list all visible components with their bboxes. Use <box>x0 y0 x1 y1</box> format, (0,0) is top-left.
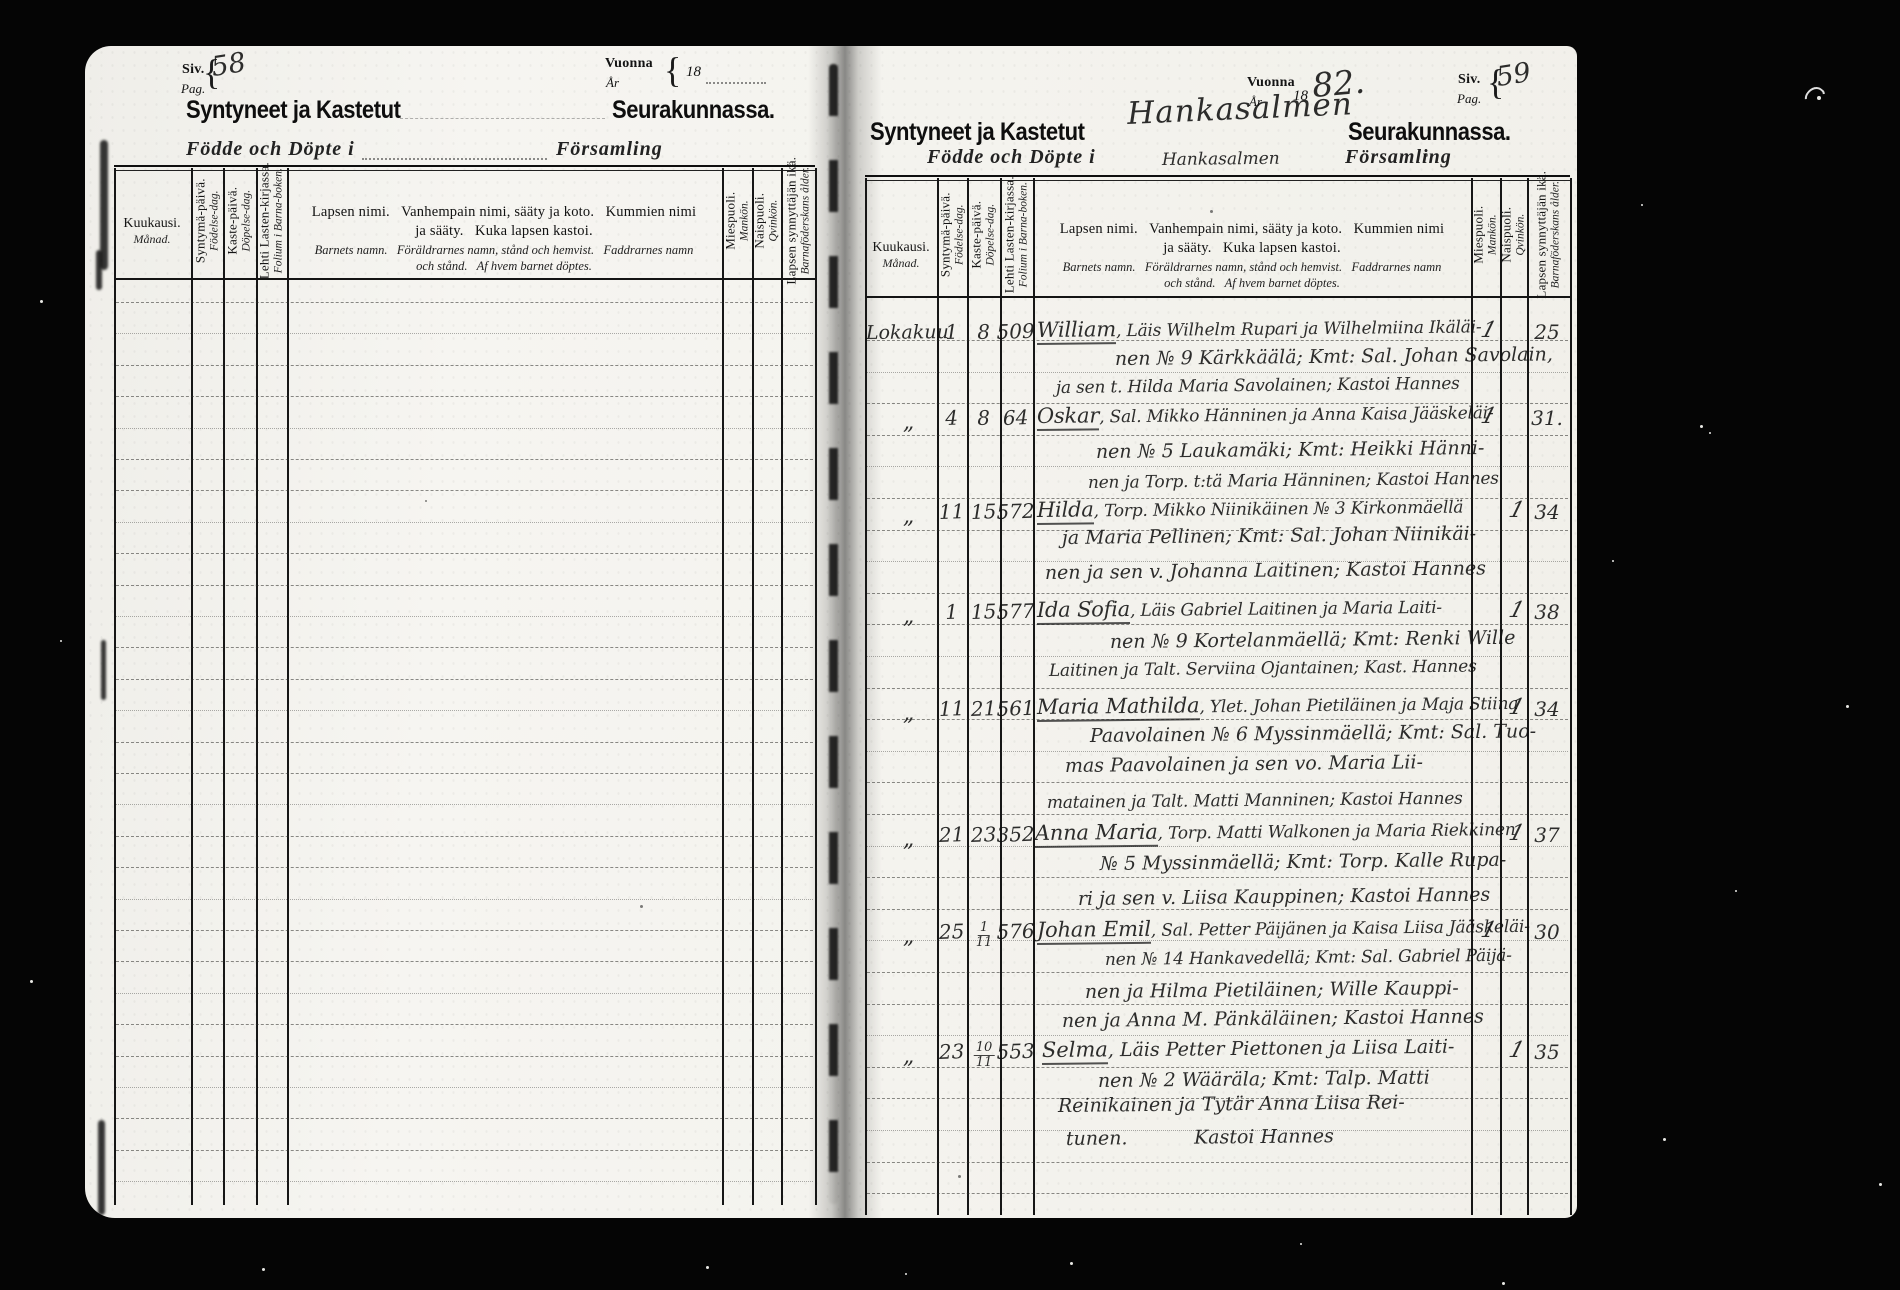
left-row-rule <box>116 804 813 805</box>
entry-5-folio: 561 <box>996 696 1035 721</box>
left-year-dotted-line <box>706 82 766 84</box>
entry-5-birth-day: 11 <box>938 696 964 721</box>
entry-2-baptism-day: 8 <box>977 406 991 430</box>
entry-1-baptism-day: 8 <box>977 320 991 344</box>
left-year-label-ar: År <box>606 75 619 91</box>
left-row-rule <box>116 836 813 837</box>
left-row-rule <box>116 553 813 554</box>
entry-1-birth-day: 1 <box>945 320 959 344</box>
entry-6-line-3: ri ja sen v. Liisa Kauppinen; Kastoi Han… <box>1078 884 1491 910</box>
right-main-header-fi1: Lapsen nimi. Vanhempain nimi, sääty ja k… <box>1060 221 1444 238</box>
entry-6-baptism-day: 23 <box>970 822 996 847</box>
left-row-rule <box>116 302 813 303</box>
entry-7-folio: 576 <box>996 919 1035 944</box>
left-col-folio-sv: Folium i Barna-boken. <box>272 126 285 316</box>
left-column-line <box>722 168 724 1205</box>
left-col-male-sv: Mankön. <box>738 126 751 316</box>
right-col-baptism: Kaste-päivä. Döpelse-dag. <box>969 140 996 330</box>
left-row-rule <box>116 365 813 366</box>
left-year-label-vuonna: Vuonna <box>605 56 653 72</box>
right-col-male: Miespuoli. Mankön. <box>1471 140 1498 330</box>
right-col-birthday-fi: Syntymä-päivä. <box>938 140 953 330</box>
scan-speck <box>1846 705 1849 708</box>
right-col-male-sv: Mankön. <box>1486 140 1499 330</box>
entry-2-month: „ <box>903 410 915 435</box>
scan-speck <box>1641 204 1643 206</box>
entry-3-month: „ <box>903 504 915 529</box>
right-row-rule <box>867 435 1568 436</box>
scan-speck <box>262 1268 265 1271</box>
left-col-female-sv: Qvinkön. <box>767 126 780 316</box>
page-edge-smudge <box>101 640 106 700</box>
page-edge-smudge <box>98 1120 105 1215</box>
entry-6-line-2: № 5 Myssinmäellä; Kmt: Torp. Kalle Rupa- <box>1100 849 1507 875</box>
entry-2-line-1: Oskar, Sal. Mikko Hänninen ja Anna Kaisa… <box>1037 399 1494 428</box>
left-main-header-fi1: Lapsen nimi. Vanhempain nimi, sääty ja k… <box>312 204 696 221</box>
entry-1-line-3: ja sen t. Hilda Maria Savolainen; Kastoi… <box>1056 374 1460 398</box>
left-row-rule <box>116 585 813 586</box>
left-col-male: Miespuoli. Mankön. <box>723 126 750 316</box>
entry-8-line-3: Reinikainen ja Tytär Anna Liisa Rei- <box>1058 1091 1405 1117</box>
right-col-folio: Lehti Lasten-kirjassa. Folium i Barna-bo… <box>1002 140 1029 330</box>
entry-8-month: „ <box>903 1044 915 1069</box>
left-title-syntyneet: Syntyneet ja Kastetut <box>186 96 401 125</box>
left-column-line <box>114 168 116 1205</box>
entry-3-folio: 572 <box>996 499 1035 524</box>
right-col-baptism-fi: Kaste-päivä. <box>969 140 984 330</box>
right-col-folio-sv: Folium i Barna-boken. <box>1017 140 1030 330</box>
left-row-rule <box>116 773 813 774</box>
scan-speck <box>60 640 62 642</box>
left-row-rule <box>116 899 813 900</box>
entry-7-line-4: nen ja Anna M. Pänkäläinen; Kastoi Hanne… <box>1062 1006 1484 1032</box>
right-col-mother-age: Lapsen synnyttäjän ikä. Barnaföderskans … <box>1534 140 1561 330</box>
left-col-month: Kuukausi. Månad. <box>123 216 180 247</box>
entry-7-month: „ <box>903 924 915 949</box>
entry-8-line-4: tunen. Kastoi Hannes <box>1066 1125 1334 1150</box>
left-page-number-handwritten: 58 <box>209 47 248 83</box>
right-page-label-pag: Pag. <box>1457 91 1481 107</box>
entry-3-baptism-day: 15 <box>970 499 996 524</box>
paper-speck <box>1090 600 1093 603</box>
scan-speck <box>1700 425 1703 428</box>
right-page-label-siv: Siv. <box>1458 72 1481 88</box>
right-row-rule <box>867 909 1568 910</box>
right-column-line <box>1570 178 1572 1215</box>
right-row-rule <box>867 972 1568 973</box>
entry-5-line-3: mas Paavolainen ja sen vo. Maria Lii- <box>1065 751 1423 777</box>
left-row-rule <box>116 867 813 868</box>
right-row-rule <box>867 624 1568 625</box>
entry-4-baptism-day: 15 <box>970 599 996 624</box>
left-col-male-fi: Miespuoli. <box>723 126 738 316</box>
scan-speck <box>1663 1138 1666 1141</box>
left-row-rule <box>116 1150 813 1151</box>
left-row-rule <box>116 1056 813 1057</box>
entry-1-line-1: William, Läis Wilhelm Rupari ja Wilhelmi… <box>1037 313 1482 342</box>
right-column-line <box>967 178 969 1215</box>
scan-speck <box>905 1273 907 1275</box>
right-row-rule <box>867 1067 1568 1068</box>
right-header-bottom-line <box>865 296 1570 298</box>
left-col-month-sv: Månad. <box>123 232 180 247</box>
left-subtitle-forsamling: Församling <box>556 138 663 161</box>
entry-5-mother-age: 34 <box>1534 697 1559 721</box>
left-col-birthday-sv: Födelse-dag. <box>208 126 221 316</box>
entry-7-baptism-day: 111 <box>976 916 993 949</box>
left-main-header-sv2: och stånd. Af hvem barnet döptes. <box>416 259 592 274</box>
left-row-rule <box>116 993 813 994</box>
entry-2-line-2: nen № 5 Laukamäki; Kmt: Heikki Hänni- <box>1096 437 1485 463</box>
left-row-rule <box>116 616 813 617</box>
left-subtitle-dotted-line <box>362 158 547 160</box>
right-row-rule <box>867 466 1568 467</box>
left-row-rule <box>116 459 813 460</box>
scanned-register-page: Siv. Pag. { 58 Vuonna År { 18 Syntyneet … <box>0 0 1900 1290</box>
entry-8-baptism-day: 1011 <box>974 1036 995 1069</box>
left-row-rule <box>116 742 813 743</box>
right-col-folio-fi: Lehti Lasten-kirjassa. <box>1002 140 1017 330</box>
left-title-seurakunnassa: Seurakunnassa. <box>612 96 775 125</box>
entry-6-folio: 352 <box>996 822 1035 847</box>
left-year-brace: { <box>664 52 681 88</box>
scan-scratch <box>1801 83 1827 110</box>
left-col-mother-age-fi: Lapsen synnyttäjän ikä. <box>784 126 799 316</box>
entry-6-month: „ <box>903 827 915 852</box>
left-col-female: Naispuoli. Qvinkön. <box>752 126 779 316</box>
entry-2-birth-day: 4 <box>945 406 959 430</box>
left-row-rule <box>116 961 813 962</box>
left-row-rule <box>116 490 813 491</box>
left-row-rule <box>116 1087 813 1088</box>
entry-4-month: „ <box>903 604 915 629</box>
entry-8-line-1: Selma, Läis Petter Piettonen ja Liisa La… <box>1042 1034 1455 1062</box>
right-column-line <box>1527 178 1529 1215</box>
right-col-baptism-sv: Döpelse-dag. <box>984 140 997 330</box>
right-row-rule <box>867 1004 1568 1005</box>
right-main-header-sv2: och stånd. Af hvem barnet döptes. <box>1164 276 1340 291</box>
left-row-rule <box>116 522 813 523</box>
entry-3-line-3: nen ja sen v. Johanna Laitinen; Kastoi H… <box>1045 557 1486 584</box>
entry-2-mother-age: 31. <box>1531 406 1563 430</box>
entry-1-month: Lokakuu <box>866 321 949 344</box>
entry-8-name: Selma <box>1042 1037 1108 1065</box>
left-col-birthday-fi: Syntymä-päivä. <box>193 126 208 316</box>
book-fold-shadow <box>808 46 882 1218</box>
book-fold-streaks <box>829 64 838 1204</box>
entry-5-month: „ <box>903 701 915 726</box>
scan-speck <box>1502 1282 1505 1285</box>
left-column-line <box>815 168 817 1205</box>
entry-4-line-2: nen № 9 Kortelanmäellä; Kmt: Renki Wille <box>1110 627 1516 653</box>
left-row-rule <box>116 428 813 429</box>
right-col-male-fi: Miespuoli. <box>1471 140 1486 330</box>
right-row-rule <box>867 593 1568 594</box>
entry-8-line-2: nen № 2 Wääräla; Kmt: Talp. Matti <box>1098 1067 1430 1092</box>
left-col-mother-age-sv: Barnaföderskans ålder. <box>799 126 812 316</box>
left-column-line <box>287 168 289 1205</box>
entry-2-folio: 64 <box>1002 405 1028 430</box>
entry-3-line-1: Hilda, Torp. Mikko Niinikäinen № 3 Kirko… <box>1037 494 1464 522</box>
left-column-line <box>781 168 783 1205</box>
left-row-rule <box>116 1024 813 1025</box>
scan-speck <box>40 300 43 303</box>
entry-4-line-1: Ida Sofia, Läis Gabriel Laitinen ja Mari… <box>1037 594 1442 622</box>
entry-7-line-3: nen ja Hilma Pietiläinen; Wille Kauppi- <box>1085 977 1459 1003</box>
left-col-birthday: Syntymä-päivä. Födelse-dag. <box>193 126 220 316</box>
right-col-month-sv: Månad. <box>872 256 929 271</box>
entry-3-name: Hilda <box>1037 497 1094 525</box>
right-row-rule <box>867 1162 1568 1163</box>
entry-7-name: Johan Emil <box>1037 917 1151 945</box>
scan-speck <box>30 980 33 983</box>
right-col-female-sv: Qvinkön. <box>1514 140 1527 330</box>
left-row-rule <box>116 647 813 648</box>
entry-4-mother-age: 38 <box>1534 600 1559 624</box>
left-col-month-fi: Kuukausi. <box>123 216 180 232</box>
right-col-mother-age-fi: Lapsen synnyttäjän ikä. <box>1534 140 1549 330</box>
scan-speck <box>1879 1183 1882 1186</box>
left-col-baptism-sv: Döpelse-dag. <box>240 126 253 316</box>
page-edge-smudge <box>96 250 102 290</box>
paper-speck <box>1424 153 1428 157</box>
left-title-rule <box>400 118 605 119</box>
entry-8-mother-age: 35 <box>1534 1040 1559 1064</box>
paper-speck <box>958 1175 961 1178</box>
entry-2-name: Oskar <box>1037 403 1100 431</box>
entry-7-line-2: nen № 14 Hankavedellä; Kmt: Sal. Gabriel… <box>1105 946 1512 970</box>
entry-1-name: William <box>1037 317 1116 345</box>
left-column-line <box>191 168 193 1205</box>
entry-5-baptism-day: 21 <box>970 696 996 721</box>
right-subtitle-parish-script: Hankasalmen <box>1162 149 1280 170</box>
right-table-top-border <box>865 175 1570 181</box>
right-col-female: Naispuoli. Qvinkön. <box>1499 140 1526 330</box>
entry-5-line-2: Paavolainen № 6 Myssinmäellä; Kmt: Sal. … <box>1090 720 1536 747</box>
entry-1-line-2: nen № 9 Kärkkäälä; Kmt: Sal. Johan Savol… <box>1115 343 1553 370</box>
right-page-number-handwritten: 59 <box>1494 57 1533 93</box>
right-col-mother-age-sv: Barnaföderskans ålder. <box>1549 140 1562 330</box>
scan-speck <box>1735 890 1737 892</box>
left-col-mother-age: Lapsen synnyttäjän ikä. Barnaföderskans … <box>784 126 811 316</box>
left-col-female-fi: Naispuoli. <box>752 126 767 316</box>
right-row-rule <box>867 688 1568 689</box>
paper-speck <box>1210 210 1213 213</box>
paper-speck <box>287 840 289 842</box>
right-row-rule <box>867 814 1568 815</box>
right-col-birthday: Syntymä-päivä. Födelse-dag. <box>938 140 965 330</box>
left-year-printed: 18 <box>686 64 701 81</box>
right-col-birthday-sv: Födelse-dag. <box>953 140 966 330</box>
right-main-header-sv1: Barnets namn. Föräldrarnes namn, stånd o… <box>1063 260 1442 275</box>
right-col-month: Kuukausi. Månad. <box>872 240 929 271</box>
right-row-rule <box>867 782 1568 783</box>
left-main-header-sv1: Barnets namn. Föräldrarnes namn, stånd o… <box>315 243 694 258</box>
scan-speck <box>706 1266 709 1269</box>
entry-3-line-2: ja Maria Pellinen; Kmt: Sal. Johan Niini… <box>1062 523 1476 549</box>
entry-1-mother-age: 25 <box>1534 320 1559 344</box>
right-main-header-fi2: ja sääty. Kuka lapsen kastoi. <box>1163 240 1341 257</box>
right-row-rule <box>867 877 1568 878</box>
right-row-rule <box>867 751 1568 752</box>
entry-5-name: Maria Mathilda <box>1037 693 1200 722</box>
left-column-line <box>256 168 258 1205</box>
left-col-baptism: Kaste-päivä. Döpelse-dag. <box>225 126 252 316</box>
scan-speck <box>1612 560 1614 562</box>
scan-speck <box>1709 432 1711 434</box>
left-col-folio-fi: Lehti Lasten-kirjassa. <box>257 126 272 316</box>
left-row-rule <box>116 1181 813 1182</box>
entry-1-folio: 509 <box>996 319 1035 344</box>
entry-4-name: Ida Sofia <box>1037 597 1130 625</box>
left-main-header-fi2: ja sääty. Kuka lapsen kastoi. <box>415 223 593 240</box>
entry-3-birth-day: 11 <box>938 499 964 524</box>
left-row-rule <box>116 710 813 711</box>
paper-speck <box>640 905 643 908</box>
left-row-rule <box>116 1118 813 1119</box>
left-row-rule <box>116 396 813 397</box>
scan-speck <box>1070 1262 1073 1265</box>
entry-3-mother-age: 34 <box>1534 500 1559 524</box>
right-subtitle-forsamling: Församling <box>1345 146 1452 169</box>
entry-6-mother-age: 37 <box>1534 823 1559 847</box>
scan-speck <box>1300 1243 1302 1245</box>
left-col-baptism-fi: Kaste-päivä. <box>225 126 240 316</box>
left-col-folio: Lehti Lasten-kirjassa. Folium i Barna-bo… <box>257 126 284 316</box>
right-row-rule <box>867 940 1568 941</box>
left-column-line <box>752 168 754 1205</box>
entry-6-birth-day: 21 <box>938 822 964 847</box>
left-row-rule <box>116 930 813 931</box>
left-row-rule <box>116 333 813 334</box>
entry-6-name: Anna Maria <box>1035 820 1158 848</box>
right-row-rule <box>867 372 1568 373</box>
right-col-month-fi: Kuukausi. <box>872 240 929 256</box>
right-row-rule <box>867 340 1568 341</box>
entry-5-line-1: Maria Mathilda, Ylet. Johan Pietiläinen … <box>1037 690 1519 719</box>
left-row-rule <box>116 679 813 680</box>
entry-8-birth-day: 23 <box>938 1039 964 1064</box>
entry-4-folio: 577 <box>996 599 1035 624</box>
entry-6-line-1: Anna Maria, Torp. Matti Walkonen ja Mari… <box>1035 816 1516 845</box>
paper-speck <box>425 500 427 502</box>
left-table-top-border <box>114 165 815 171</box>
right-row-rule <box>867 1193 1568 1194</box>
entry-7-mother-age: 30 <box>1534 920 1559 944</box>
left-header-bottom-line <box>114 278 815 280</box>
entry-8-folio: 553 <box>996 1039 1035 1064</box>
left-page-label-pag: Pag. <box>181 81 205 97</box>
entry-7-birth-day: 25 <box>938 919 964 944</box>
left-column-line <box>223 168 225 1205</box>
left-page-label-siv: Siv. <box>182 62 205 78</box>
entry-4-birth-day: 1 <box>945 600 959 624</box>
